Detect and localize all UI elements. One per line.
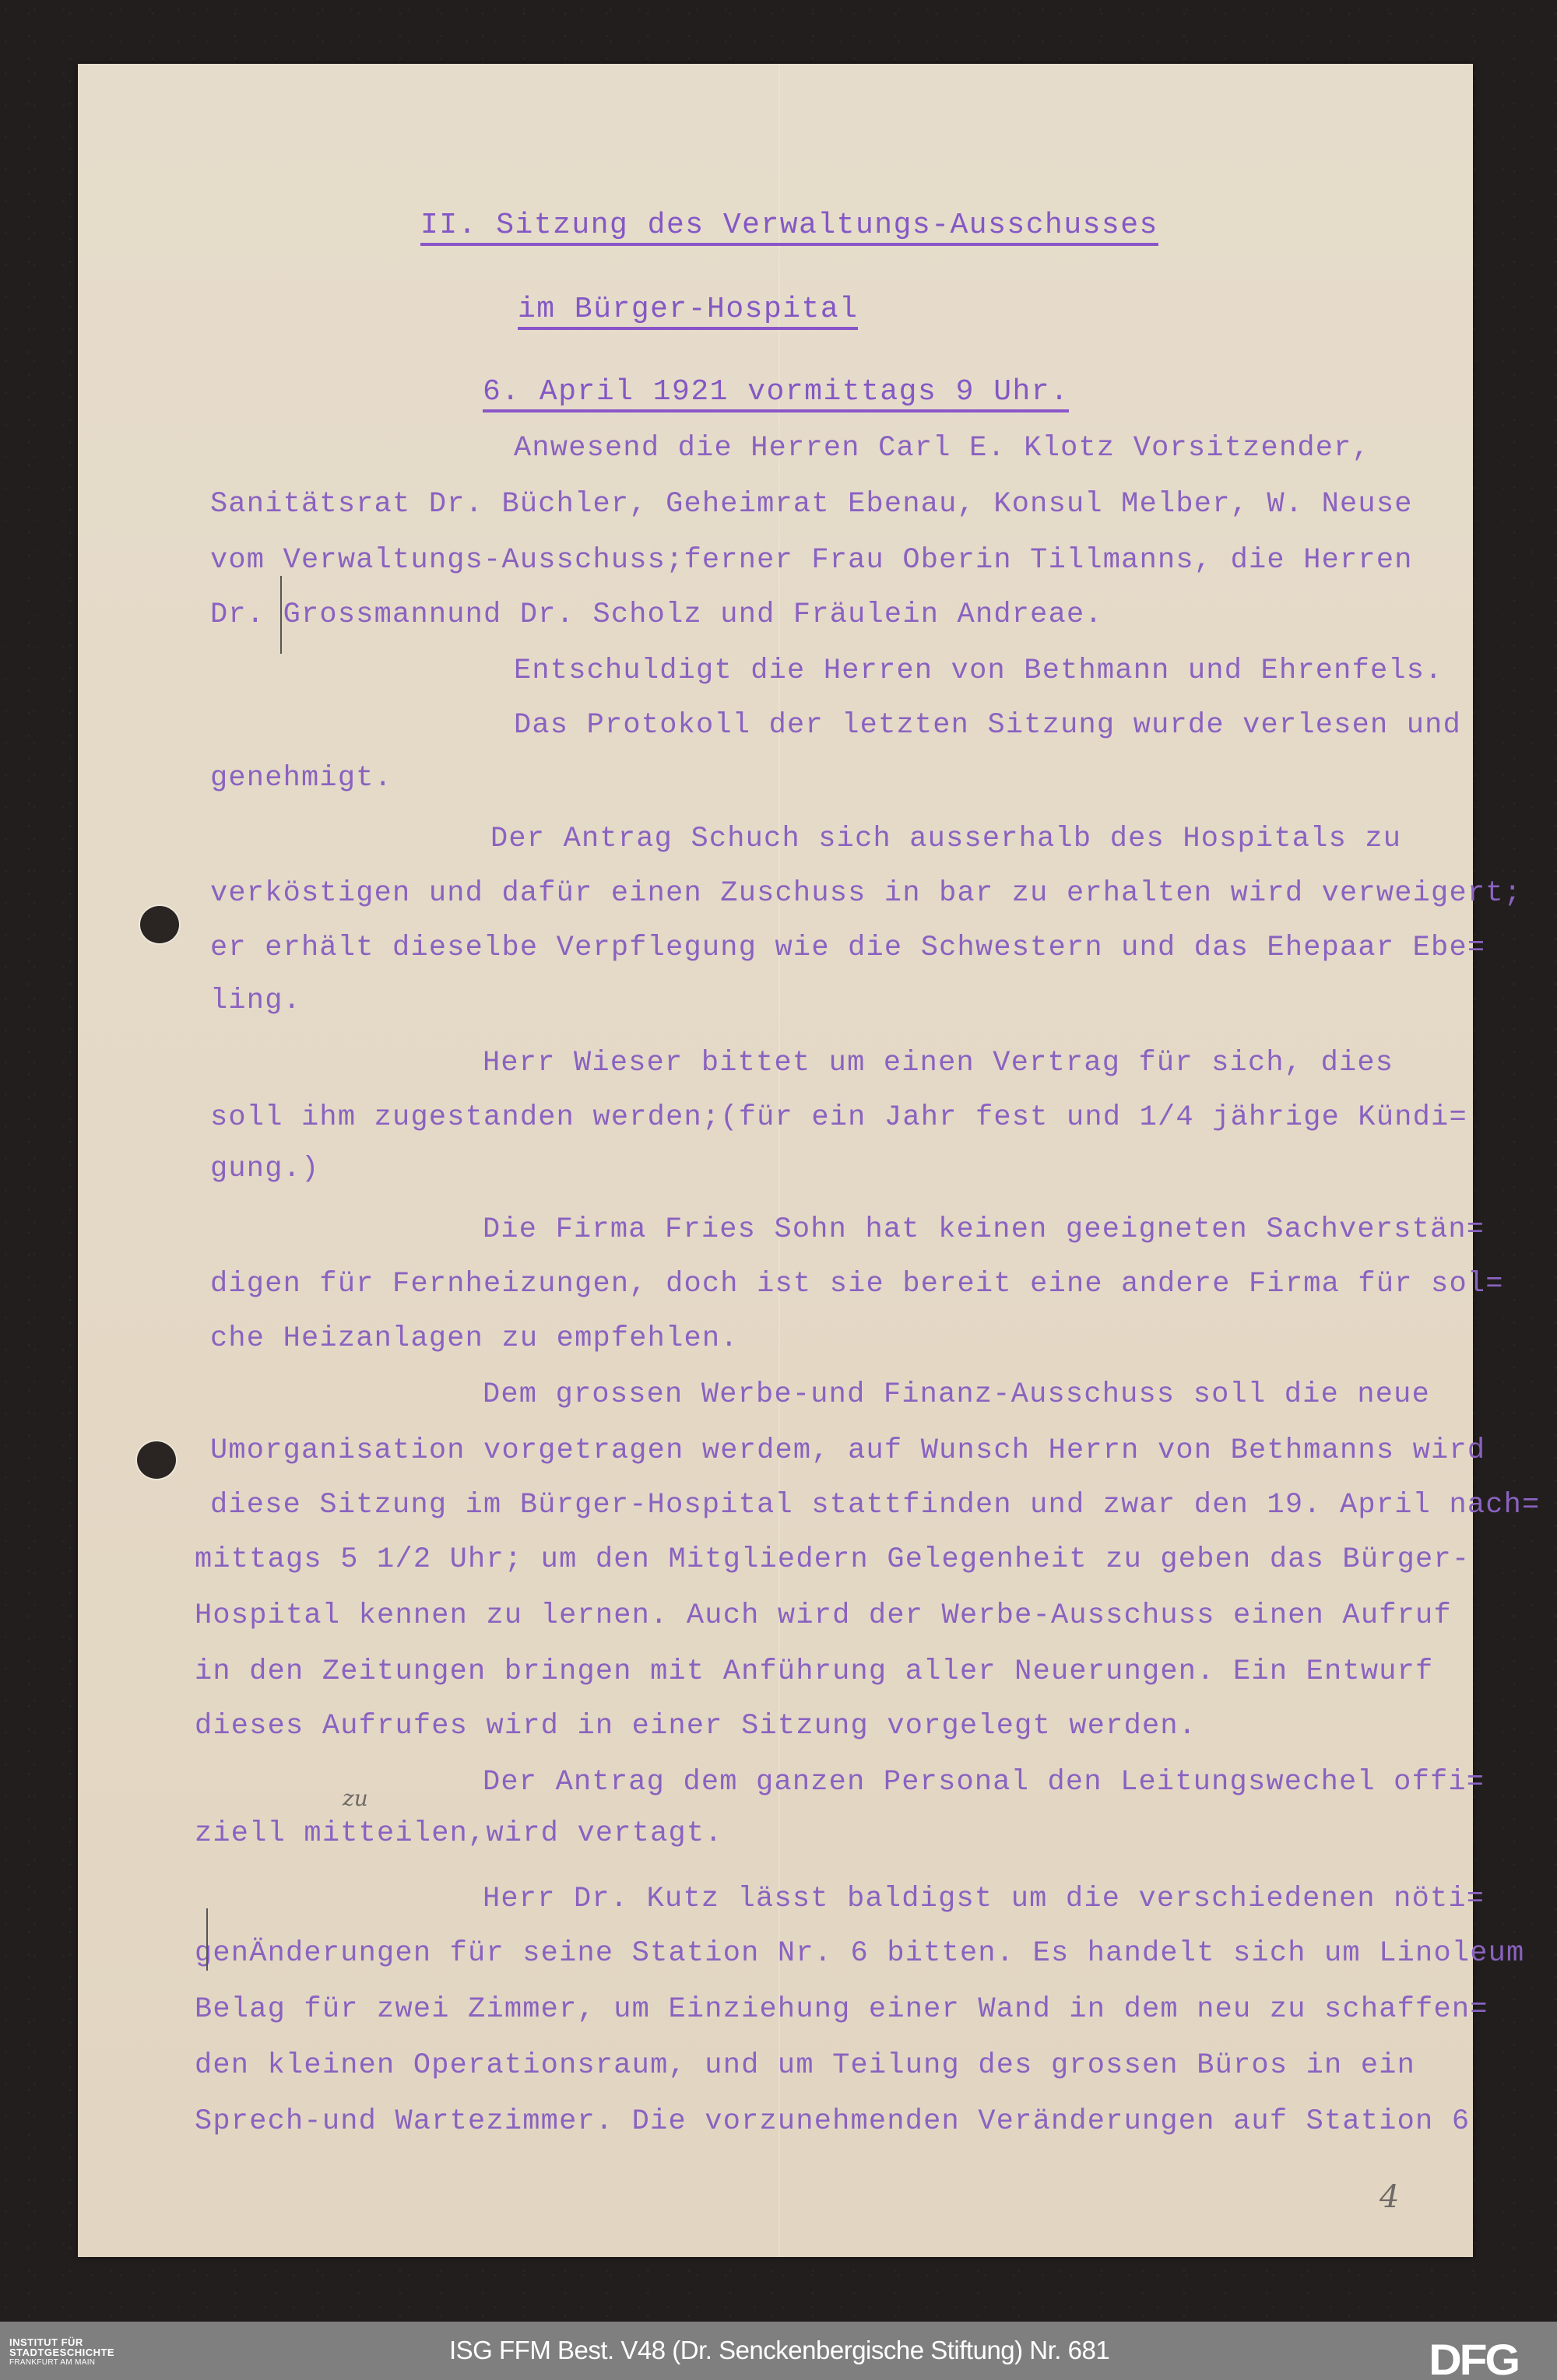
insertion-mark-aenderungen — [206, 1908, 208, 1971]
handwritten-insertion: zu — [343, 1785, 368, 1811]
text-line: den kleinen Operationsraum, und um Teilu… — [195, 2050, 1415, 2081]
text-line: genÄnderungen für seine Station Nr. 6 bi… — [195, 1938, 1524, 1969]
handwritten-page-number: 4 — [1380, 2179, 1399, 2215]
punch-hole-upper — [140, 906, 179, 943]
text-line: in den Zeitungen bringen mit Anführung a… — [195, 1656, 1433, 1687]
text-line: che Heizanlagen zu empfehlen. — [210, 1323, 739, 1354]
text-line: Umorganisation vorgetragen werdem, auf W… — [210, 1435, 1485, 1466]
text-line: diese Sitzung im Bürger-Hospital stattfi… — [210, 1490, 1540, 1521]
text-line: Das Protokoll der letzten Sitzung wurde … — [514, 710, 1461, 741]
text-line: vom Verwaltungs-Ausschuss;ferner Frau Ob… — [210, 545, 1413, 576]
text-line: soll ihm zugestanden werden;(für ein Jah… — [210, 1102, 1467, 1133]
text-line: ziell mitteilen,wird vertagt. — [195, 1818, 723, 1849]
text-line: Sanitätsrat Dr. Büchler, Geheimrat Ebena… — [210, 489, 1413, 520]
text-line: Herr Dr. Kutz lässt baldigst um die vers… — [483, 1883, 1485, 1915]
text-line: Anwesend die Herren Carl E. Klotz Vorsit… — [514, 433, 1370, 464]
heading-date: 6. April 1921 vormittags 9 Uhr. — [483, 377, 1069, 412]
institute-logo: INSTITUT FÜR STADTGESCHICHTE FRANKFURT A… — [9, 2337, 114, 2368]
text-line: Herr Wieser bittet um einen Vertrag für … — [483, 1048, 1394, 1079]
text-line: Der Antrag Schuch sich ausserhalb des Ho… — [490, 823, 1401, 855]
text-line: Hospital kennen zu lernen. Auch wird der… — [195, 1600, 1452, 1631]
punch-hole-lower — [137, 1441, 176, 1479]
institute-name-line2: STADTGESCHICHTE — [9, 2347, 114, 2357]
text-line: Entschuldigt die Herren von Bethmann und… — [514, 655, 1443, 686]
institute-city: FRANKFURT AM MAIN — [9, 2357, 114, 2368]
text-line: dieses Aufrufes wird in einer Sitzung vo… — [195, 1711, 1197, 1742]
heading-session-title: II. Sitzung des Verwaltungs-Ausschusses — [420, 210, 1158, 246]
text-line: mittags 5 1/2 Uhr; um den Mitgliedern Ge… — [195, 1544, 1470, 1575]
archive-footer-bar: INSTITUT FÜR STADTGESCHICHTE FRANKFURT A… — [0, 2322, 1557, 2380]
heading-location: im Bürger-Hospital — [518, 294, 858, 330]
text-line: Sprech-und Wartezimmer. Die vorzunehmend… — [195, 2106, 1470, 2137]
text-line: gung.) — [210, 1153, 319, 1185]
text-line: ling. — [210, 985, 301, 1016]
archive-reference-caption: ISG FFM Best. V48 (Dr. Senckenbergische … — [449, 2336, 1109, 2365]
dfg-logo: DFG — [1429, 2340, 1518, 2379]
text-line: Die Firma Fries Sohn hat keinen geeignet… — [483, 1214, 1485, 1245]
text-line: Der Antrag dem ganzen Personal den Leitu… — [483, 1767, 1485, 1798]
text-line: er erhält dieselbe Verpflegung wie die S… — [210, 932, 1485, 964]
text-line: genehmigt. — [210, 763, 392, 794]
text-line: Dem grossen Werbe-und Finanz-Ausschuss s… — [483, 1379, 1430, 1410]
text-line: verköstigen und dafür einen Zuschuss in … — [210, 878, 1522, 909]
insertion-mark-grossmann — [280, 576, 282, 654]
text-line: Belag für zwei Zimmer, um Einziehung ein… — [195, 1994, 1488, 2025]
text-line: Dr. Grossmannund Dr. Scholz und Fräulein… — [210, 599, 1103, 630]
text-line: digen für Fernheizungen, doch ist sie be… — [210, 1269, 1504, 1300]
